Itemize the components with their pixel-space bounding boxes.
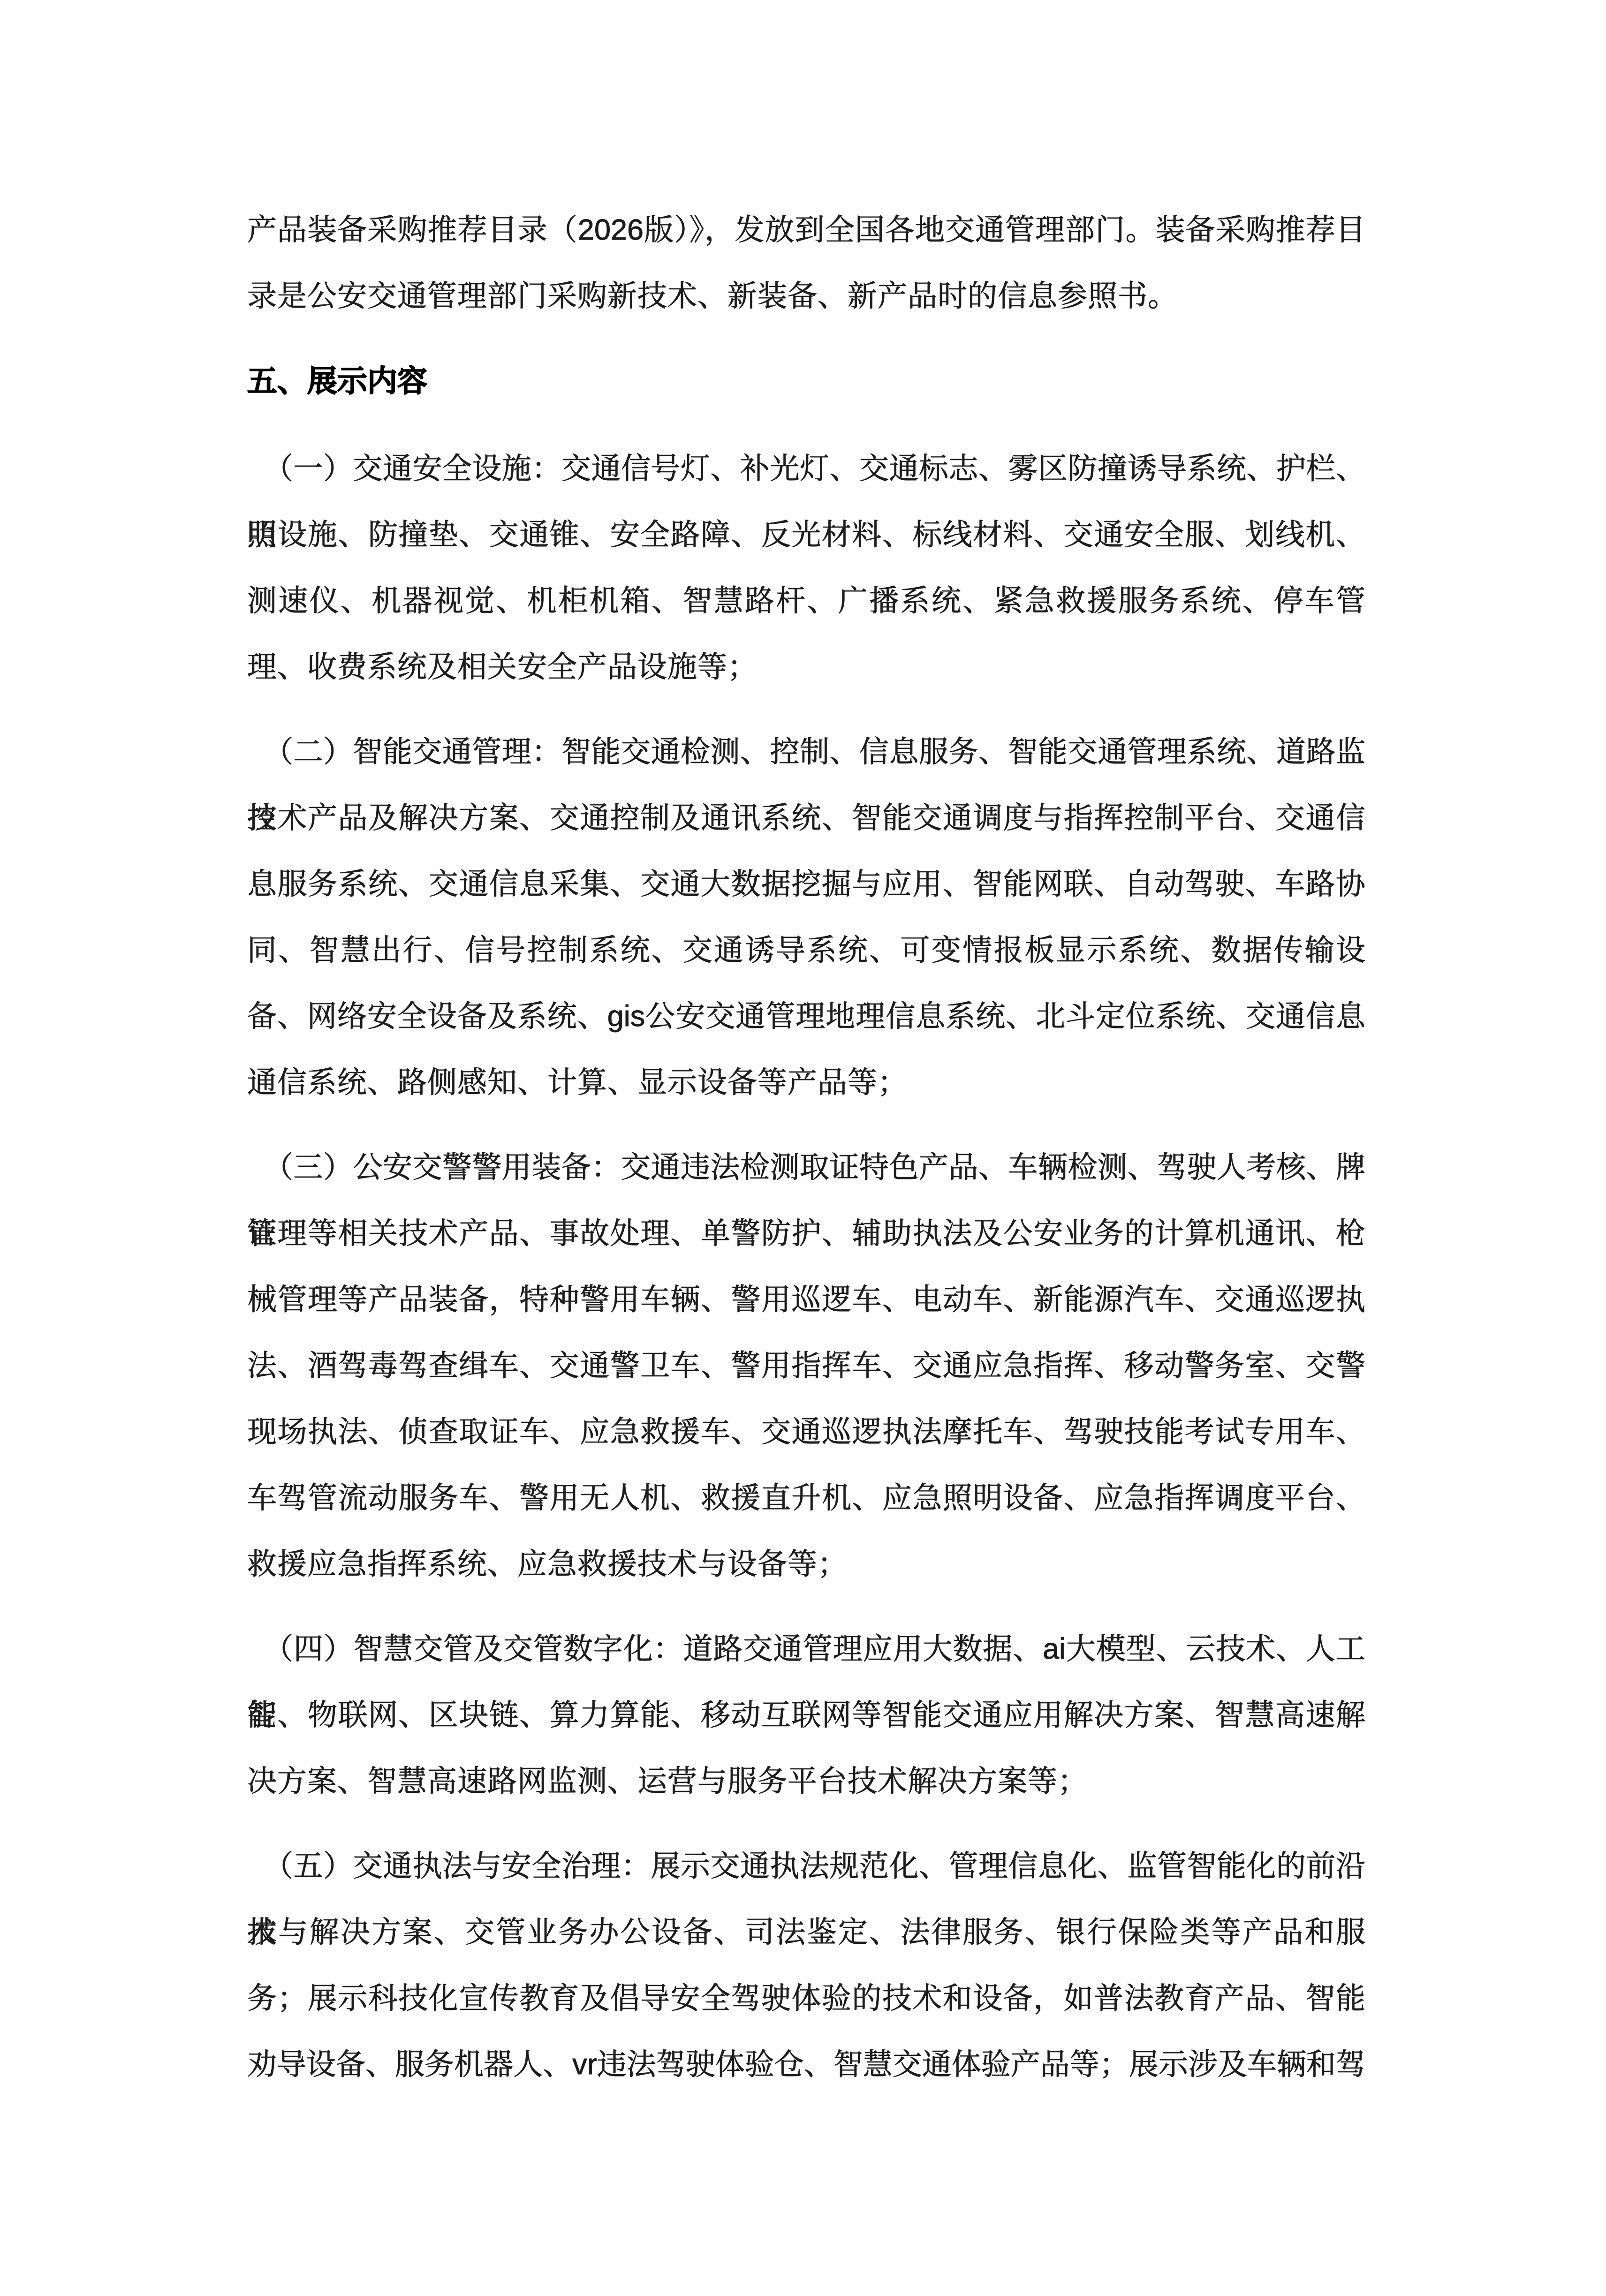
text-line: 明设施、防撞垫、交通锥、安全路障、反光材料、标线材料、交通安全服、划线机、: [247, 502, 1365, 568]
text-line: 决方案、智慧高速路网监测、运营与服务平台技术解决方案等；: [247, 1748, 1365, 1814]
text-line: （五）交通执法与安全治理：展示交通执法规范化、管理信息化、监管智能化的前沿技: [247, 1833, 1365, 1899]
paragraph-1-safety-facilities: （一）交通安全设施：交通信号灯、补光灯、交通标志、雾区防撞诱导系统、护栏、照 明…: [247, 436, 1365, 700]
text-line: 通信系统、路侧感知、计算、显示设备等产品等；: [247, 1050, 1365, 1116]
text-line: （一）交通安全设施：交通信号灯、补光灯、交通标志、雾区防撞诱导系统、护栏、照: [247, 436, 1365, 502]
text-line: （三）公安交警警用装备：交通违法检测取证特色产品、车辆检测、驾驶人考核、牌证: [247, 1134, 1365, 1201]
document-page: 产品装备采购推荐目录（2026版）》，发放到全国各地交通管理部门。装备采购推荐目…: [0, 0, 1606, 2296]
text-line: 劝导设备、服务机器人、vr违法驾驶体验仓、智慧交通体验产品等；展示涉及车辆和驾: [247, 2032, 1365, 2098]
text-line: 救援应急指挥系统、应急救援技术与设备等；: [247, 1531, 1365, 1597]
text-line: 录是公安交通管理部门采购新技术、新装备、新产品时的信息参照书。: [247, 263, 1365, 329]
text-line: 术与解决方案、交管业务办公设备、司法鉴定、法律服务、银行保险类等产品和服: [247, 1899, 1365, 1965]
text-line: 管理等相关技术产品、事故处理、单警防护、辅助执法及公安业务的计算机通讯、枪: [247, 1201, 1365, 1267]
text-line: 现场执法、侦查取证车、应急救援车、交通巡逻执法摩托车、驾驶技能考试专用车、: [247, 1399, 1365, 1465]
text-line: 能、物联网、区块链、算力算能、移动互联网等智能交通应用解决方案、智慧高速解: [247, 1682, 1365, 1748]
text-line: 备、网络安全设备及系统、gis公安交通管理地理信息系统、北斗定位系统、交通信息: [247, 983, 1365, 1050]
paragraph-continued: 产品装备采购推荐目录（2026版）》，发放到全国各地交通管理部门。装备采购推荐目…: [247, 197, 1365, 329]
text-line: 械管理等产品装备，特种警用车辆、警用巡逻车、电动车、新能源汽车、交通巡逻执: [247, 1267, 1365, 1333]
text-line: 息服务系统、交通信息采集、交通大数据挖掘与应用、智能网联、自动驾驶、车路协: [247, 851, 1365, 917]
text-line: 车驾管流动服务车、警用无人机、救援直升机、应急照明设备、应急指挥调度平台、: [247, 1465, 1365, 1531]
text-line: 务；展示科技化宣传教育及倡导安全驾驶体验的技术和设备，如普法教育产品、智能: [247, 1965, 1365, 2032]
text-line: 测速仪、机器视觉、机柜机箱、智慧路杆、广播系统、紧急救援服务系统、停车管: [247, 568, 1365, 634]
paragraph-2-intelligent-traffic: （二）智能交通管理：智能交通检测、控制、信息服务、智能交通管理系统、道路监控 技…: [247, 719, 1365, 1116]
text-line: 理、收费系统及相关安全产品设施等；: [247, 634, 1365, 700]
paragraph-3-police-equipment: （三）公安交警警用装备：交通违法检测取证特色产品、车辆检测、驾驶人考核、牌证 管…: [247, 1134, 1365, 1597]
text-line: 产品装备采购推荐目录（2026版）》，发放到全国各地交通管理部门。装备采购推荐目: [247, 197, 1365, 263]
paragraph-4-smart-management-digitalization: （四）智慧交管及交管数字化：道路交通管理应用大数据、ai大模型、云技术、人工智 …: [247, 1616, 1365, 1814]
text-line: 同、智慧出行、信号控制系统、交通诱导系统、可变情报板显示系统、数据传输设: [247, 917, 1365, 983]
text-line: （二）智能交通管理：智能交通检测、控制、信息服务、智能交通管理系统、道路监控: [247, 719, 1365, 785]
paragraph-5-law-enforcement-safety: （五）交通执法与安全治理：展示交通执法规范化、管理信息化、监管智能化的前沿技 术…: [247, 1833, 1365, 2098]
page-content: 产品装备采购推荐目录（2026版）》，发放到全国各地交通管理部门。装备采购推荐目…: [247, 197, 1365, 2116]
text-line: （四）智慧交管及交管数字化：道路交通管理应用大数据、ai大模型、云技术、人工智: [247, 1616, 1365, 1682]
text-line: 技术产品及解决方案、交通控制及通讯系统、智能交通调度与指挥控制平台、交通信: [247, 785, 1365, 851]
section-heading: 五、展示内容: [247, 348, 1365, 414]
text-line: 法、酒驾毒驾查缉车、交通警卫车、警用指挥车、交通应急指挥、移动警务室、交警: [247, 1333, 1365, 1399]
